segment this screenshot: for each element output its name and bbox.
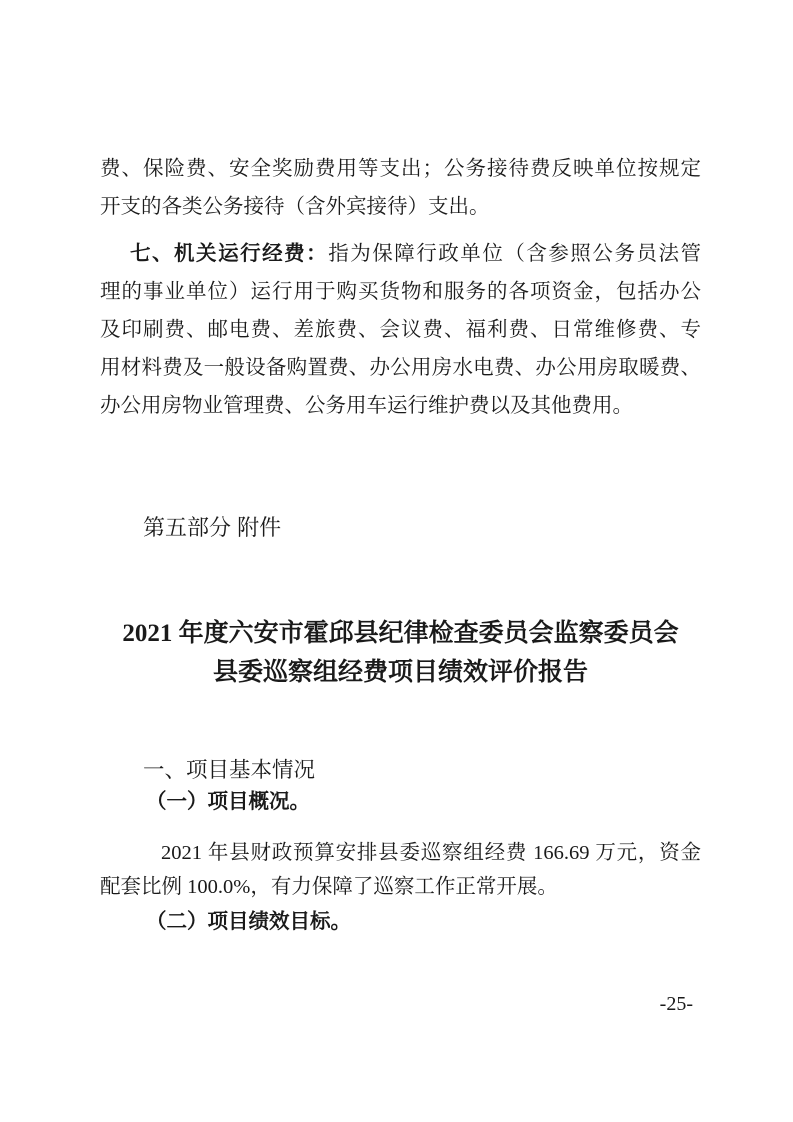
paragraph-seven-line-1-rest: 指为保障行政单位（含参照公务员法管 xyxy=(328,243,701,265)
sub-heading-project-overview: （一）项目概况。 xyxy=(100,787,701,818)
paragraph-continuation-line-1: 费、保险费、安全奖励费用等支出；公务接待费反映单位按规定 xyxy=(100,150,701,188)
document-page: 费、保险费、安全奖励费用等支出；公务接待费反映单位按规定 开支的各类公务接待（含… xyxy=(0,0,793,1122)
paragraph-seven-line-2: 理的事业单位）运行用于购买货物和服务的各项资金，包括办公 xyxy=(100,273,701,311)
page-number: -25- xyxy=(660,992,693,1016)
paragraph-overview-line-1: 2021 年县财政预算安排县委巡察组经费 166.69 万元，资金 xyxy=(100,836,701,870)
sub-heading-performance-goals: （二）项目绩效目标。 xyxy=(100,907,701,938)
paragraph-seven-line-3: 及印刷费、邮电费、差旅费、会议费、福利费、日常维修费、专 xyxy=(100,311,701,349)
report-title-line-2: 县委巡察组经费项目绩效评价报告 xyxy=(100,653,701,692)
paragraph-overview-line-2: 配套比例 100.0%，有力保障了巡察工作正常开展。 xyxy=(100,870,701,904)
paragraph-seven: 七、机关运行经费：指为保障行政单位（含参照公务员法管 理的事业单位）运行用于购买… xyxy=(100,235,701,425)
paragraph-seven-line-1: 七、机关运行经费：指为保障行政单位（含参照公务员法管 xyxy=(100,235,701,273)
report-title-line-1: 2021 年度六安市霍邱县纪律检查委员会监察委员会 xyxy=(100,614,701,653)
paragraph-continuation: 费、保险费、安全奖励费用等支出；公务接待费反映单位按规定 开支的各类公务接待（含… xyxy=(100,150,701,226)
paragraph-overview: 2021 年县财政预算安排县委巡察组经费 166.69 万元，资金 配套比例 1… xyxy=(100,836,701,904)
section-heading-part-five: 第五部分 附件 xyxy=(100,513,701,543)
paragraph-continuation-line-2: 开支的各类公务接待（含外宾接待）支出。 xyxy=(100,188,701,226)
heading-project-basic-info: 一、项目基本情况 xyxy=(100,755,701,785)
paragraph-seven-line-5: 办公用房物业管理费、公务用车运行维护费以及其他费用。 xyxy=(100,387,701,425)
report-title: 2021 年度六安市霍邱县纪律检查委员会监察委员会 县委巡察组经费项目绩效评价报… xyxy=(100,614,701,692)
paragraph-seven-bold-lead: 七、机关运行经费： xyxy=(130,242,328,265)
paragraph-seven-line-4: 用材料费及一般设备购置费、办公用房水电费、办公用房取暖费、 xyxy=(100,349,701,387)
